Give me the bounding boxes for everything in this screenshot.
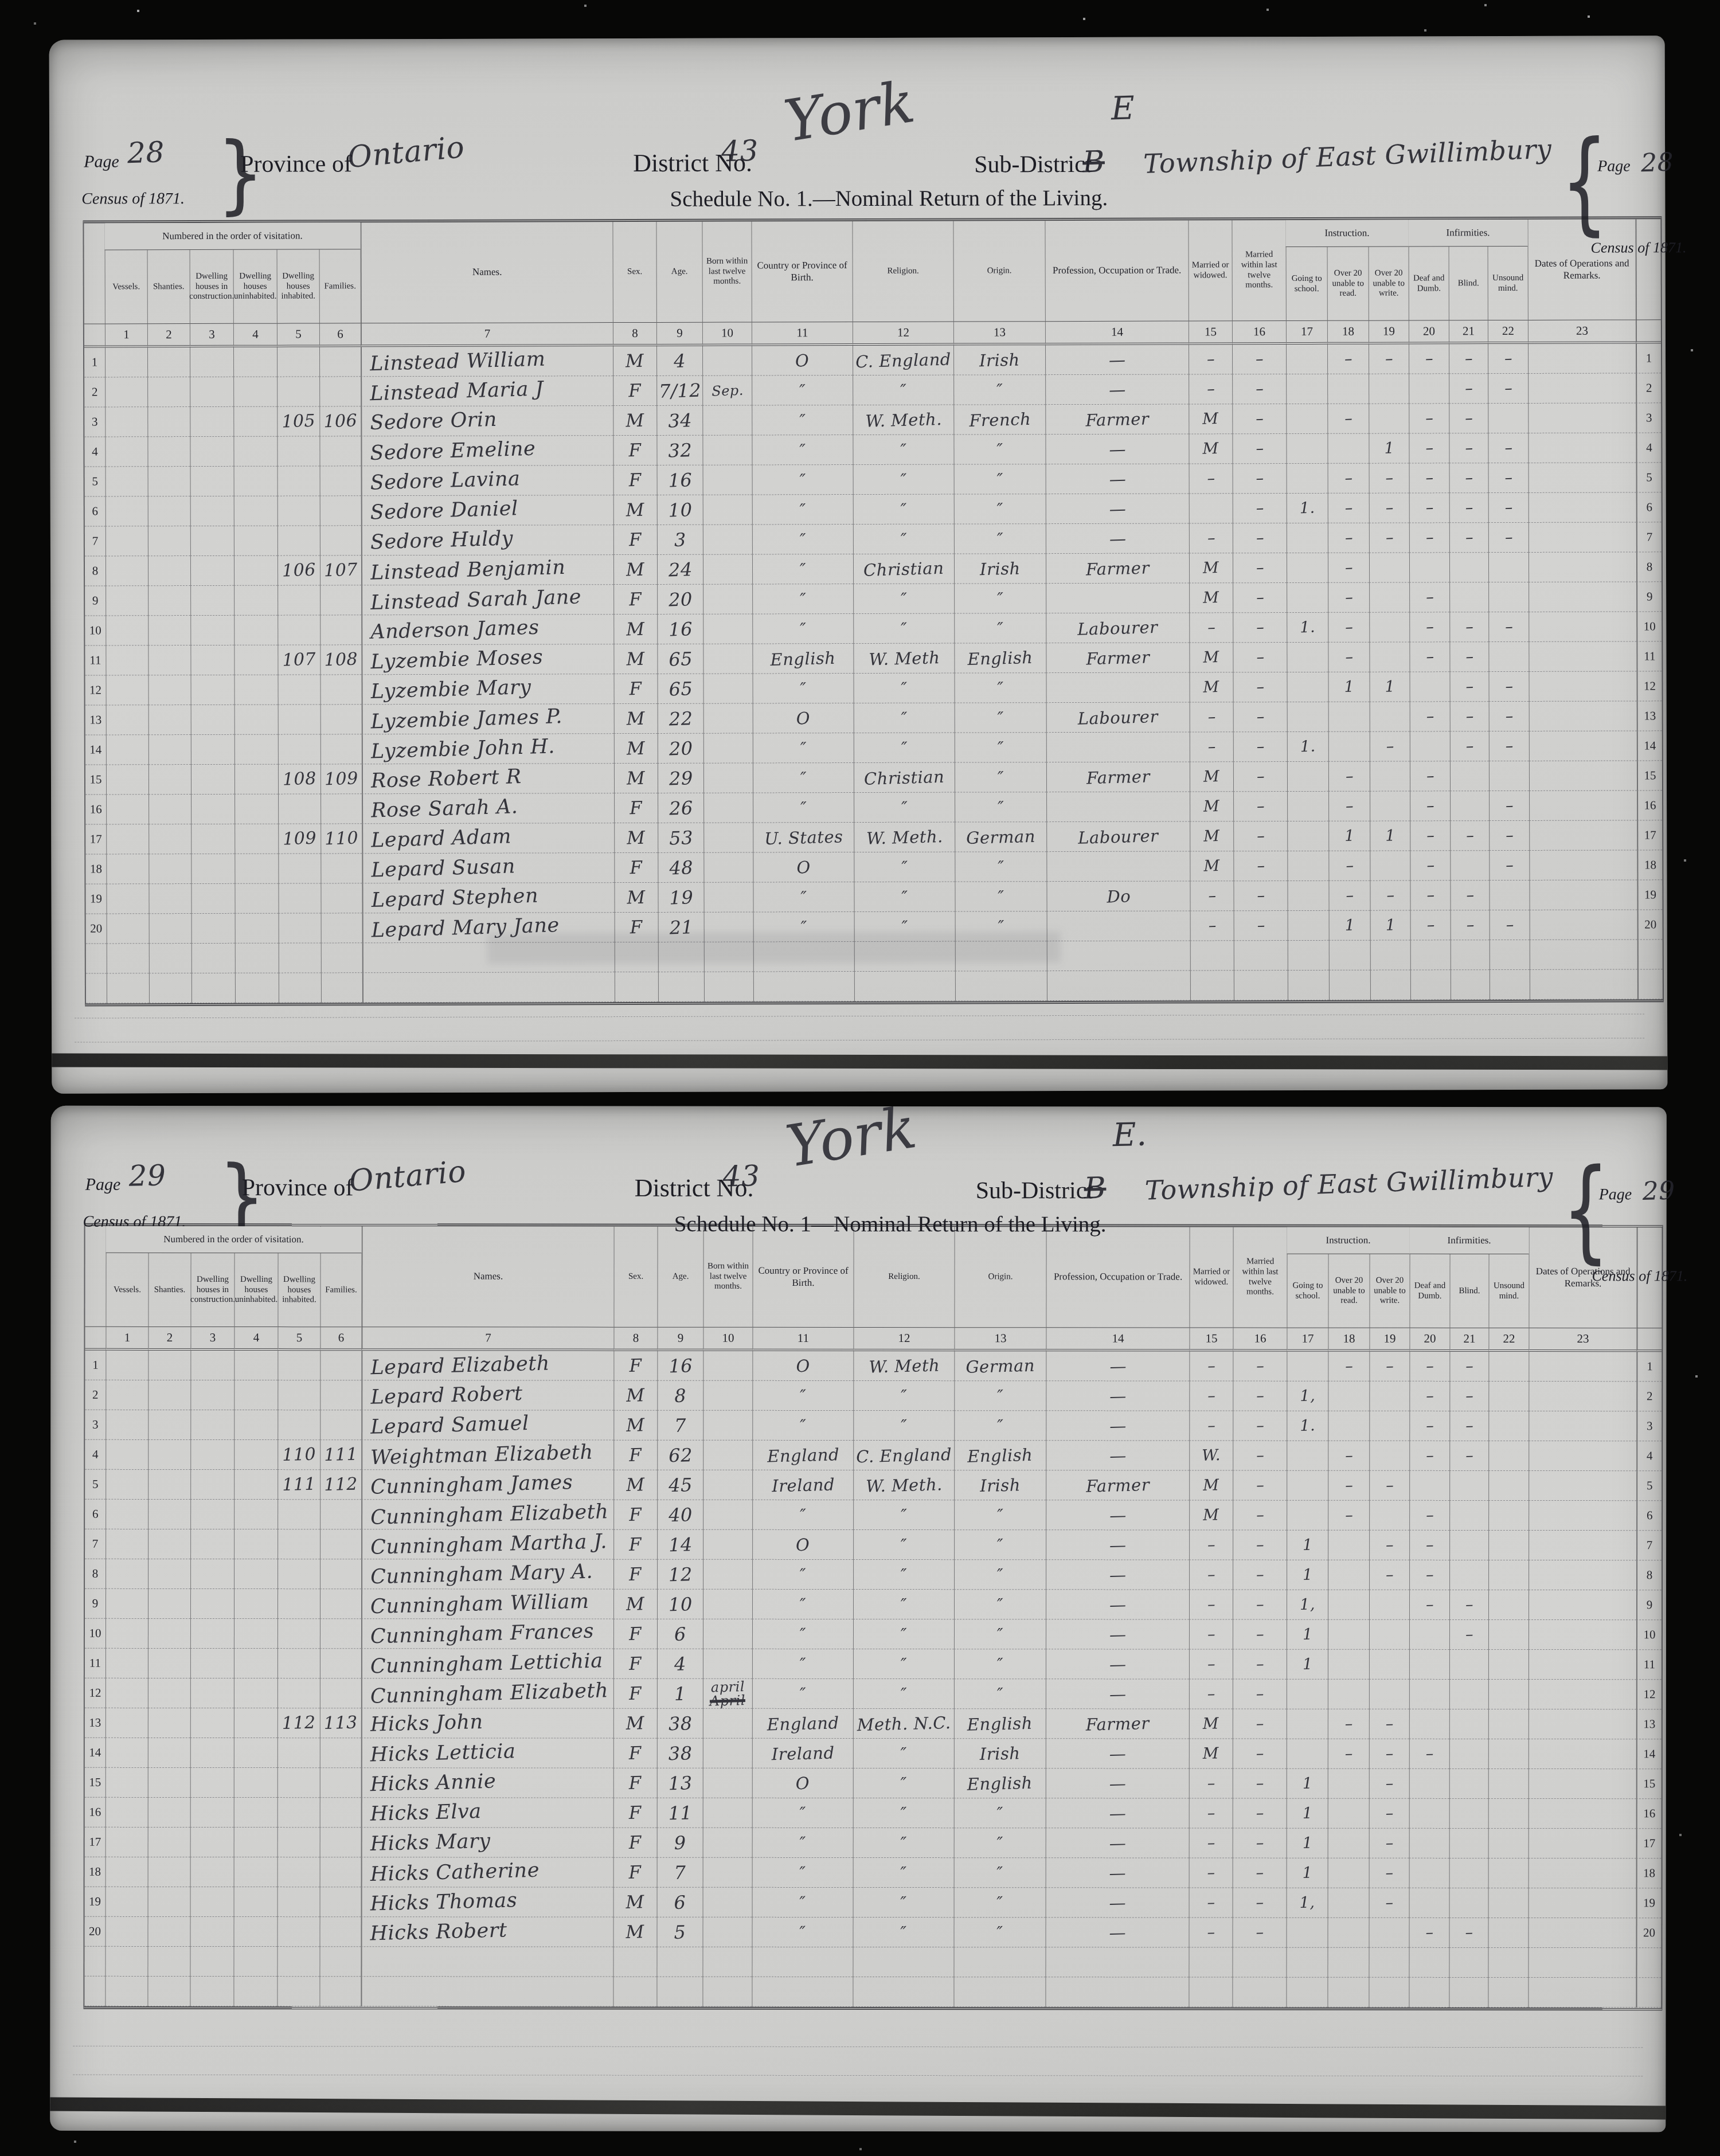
cell-c4 [234,1500,277,1529]
cell-c10 [702,435,752,465]
cell-c10 [703,1798,752,1828]
cell-c9: 20 [658,734,703,764]
cell-c9: 1 [657,1679,703,1709]
cell-c14: — [1046,1888,1189,1918]
cell-c23 [1529,731,1637,761]
cell-c6 [320,526,361,555]
row-number: 11 [85,1649,105,1678]
cell-c18: 1 [1328,821,1370,851]
cell-c14: Farmer [1046,762,1190,792]
cell-c17 [1287,553,1328,583]
cell-c18 [1329,941,1370,971]
cell-c14 [1047,971,1190,1001]
cell-c5: 106 [277,555,320,585]
cell-c11: ″ [752,1649,853,1679]
row-number: 18 [1636,1858,1662,1888]
cell-c22 [1488,1441,1529,1471]
cell-c18 [1329,971,1370,1000]
cell-c18: 1 [1328,672,1369,702]
cell-c2 [148,1440,190,1470]
cell-c3 [190,377,233,407]
cell-c5 [277,1768,320,1798]
cell-c14: Do [1046,881,1190,911]
cell-c15: – [1189,523,1233,553]
cell-c15: – [1189,1382,1233,1411]
cell-c6 [320,883,362,913]
cell-c12 [853,1977,953,2007]
cell-c16: – [1232,345,1286,374]
cell-c19: 1 [1370,910,1410,940]
row-number: 19 [1637,880,1662,910]
cell-c15: – [1189,1858,1233,1888]
cell-c18: – [1328,643,1369,672]
cell-c8: F [613,1530,657,1560]
cell-c16 [1232,1978,1286,2008]
cell-c16: – [1233,1471,1287,1501]
cell-c14: — [1046,1560,1189,1590]
cell-c7: Cunningham Lettichia [361,1649,613,1678]
cell-c17 [1287,1680,1328,1709]
cell-c18 [1327,1948,1369,1978]
row-number: 3 [1636,1411,1662,1441]
province-label: Province of [240,150,352,178]
cell-c8: F [613,1739,657,1768]
cell-c17 [1287,672,1328,702]
cell-c3 [191,884,234,914]
cell-c23 [1529,612,1636,641]
cell-c7: Lyzembie John H. [362,734,614,764]
column-header-c7: Names. [360,222,612,323]
cell-c23 [1529,1441,1636,1471]
cell-c12: ″ [853,465,954,495]
cell-c21 [1449,1560,1488,1590]
cell-c11 [752,1947,853,1977]
cell-c8: M [613,615,657,644]
cell-c10 [703,823,753,852]
district-number-handwritten: 43 [721,134,759,169]
cell-c7: Linstead William [361,346,613,377]
cell-c11: ″ [752,1679,853,1709]
cell-c2 [147,347,190,377]
row-number: 17 [85,824,106,854]
cell-c5 [277,1857,320,1887]
cell-c2 [148,586,190,616]
cell-c4 [234,1857,277,1887]
cell-c13: German [955,822,1046,852]
cell-c11: Ireland [752,1739,853,1768]
column-number-c23: 23 [1529,1328,1636,1352]
cell-c18: – [1328,1441,1369,1471]
row-number: 5 [85,1470,105,1500]
row-number: 3 [1636,403,1661,433]
cell-c2 [148,1678,190,1708]
cell-c10 [703,554,752,584]
cell-c23 [1529,701,1637,731]
cell-c20: – [1409,1352,1449,1382]
cell-c17: 1 [1287,1560,1328,1590]
cell-c8 [615,972,658,1002]
cell-c20 [1409,374,1449,404]
cell-c23 [1528,1948,1636,1978]
column-number-c20: 20 [1409,320,1449,344]
cell-c6 [319,436,361,466]
cell-c9: 26 [658,793,703,823]
cell-c16: – [1233,762,1287,792]
cell-c12: ″ [853,1649,954,1679]
cell-c12: ″ [853,674,954,703]
cell-c15: – [1189,345,1232,374]
row-number: 11 [1636,641,1662,671]
row-number: 9 [1636,582,1662,612]
cell-c5 [277,1649,320,1678]
cell-c7: Linstead Maria J [361,376,613,406]
cell-c1 [105,1947,147,1977]
cell-c5: 108 [278,764,320,794]
cell-c15: – [1189,1918,1232,1948]
cell-c20: – [1409,433,1449,463]
cell-c15: – [1189,1560,1233,1590]
cell-c19: – [1369,1471,1409,1501]
cell-c3 [191,735,234,765]
cell-c10 [703,1918,752,1947]
cell-c21: – [1449,672,1488,702]
column-number-c14: 14 [1045,320,1189,345]
cell-c8 [613,1947,656,1977]
cell-c2 [148,854,191,884]
cell-c23 [1530,940,1637,969]
cell-c22 [1488,1590,1529,1620]
cell-c18: – [1328,881,1370,911]
subdistrict-superscript-letter: E [1111,89,1135,127]
cell-c1 [105,1410,148,1440]
cell-c5 [277,1351,320,1380]
cell-c3 [190,1768,234,1798]
cell-c17 [1287,523,1328,553]
cell-c8: M [614,704,658,734]
cell-c3 [190,1649,234,1678]
cell-c12: ″ [853,1798,954,1828]
cell-c17 [1288,941,1329,971]
cell-c5 [277,1917,320,1947]
cell-c20: – [1410,761,1450,791]
cell-c18: – [1328,762,1370,792]
cell-c15: M [1189,1471,1233,1501]
row-number: 6 [1636,492,1662,522]
cell-c5 [277,1619,320,1649]
column-header-c12: Religion. [853,1227,954,1327]
column-header-c13: Origin. [953,221,1045,321]
column-number-c16: 16 [1232,320,1286,345]
cell-c6 [320,854,362,883]
cell-c16: – [1233,1769,1287,1799]
cell-c15: – [1189,1352,1233,1382]
cell-c4 [234,1380,277,1410]
cell-c12: ″ [853,435,953,465]
cell-c11: ″ [753,793,854,823]
cell-c4 [234,1351,277,1380]
cell-c3 [190,1887,234,1917]
cell-c17 [1287,1739,1328,1769]
column-number-c3: 3 [190,1327,234,1351]
cell-c23 [1529,850,1637,880]
cell-c15: – [1189,1411,1233,1441]
subdistrict-value-handwritten: Township of East Gwillimbury [1144,1161,1554,1206]
province-value-handwritten: Ontario [346,130,466,175]
cell-c16: – [1233,1858,1287,1888]
cell-c17: 1, [1287,1590,1328,1620]
cell-c23 [1529,463,1636,492]
cell-c3 [191,765,234,795]
cell-c6 [320,1380,361,1410]
scanned-census-document: { "document_type": "Census of Canada 187… [0,0,1720,2156]
column-number-c22: 22 [1488,1328,1529,1352]
cell-c12: W. Meth. [853,1470,954,1500]
row-number: 4 [85,1440,105,1470]
cell-c16: – [1233,1382,1287,1411]
cell-c2 [148,1708,190,1738]
cell-c15: – [1190,881,1233,911]
row-number: 15 [85,1768,105,1798]
cell-c7: Hicks Letticia [361,1738,613,1768]
cell-c4 [234,586,277,616]
cell-c5 [277,585,320,615]
row-number: 10 [85,616,105,645]
cell-c23 [1529,1590,1636,1620]
row-number [1636,1948,1661,1978]
cell-c14 [1046,851,1190,882]
cell-c3 [190,1828,234,1857]
cell-c18 [1328,1590,1369,1620]
cell-c20 [1410,731,1450,761]
cell-c14: Labourer [1046,613,1189,643]
cell-c22 [1488,1918,1528,1948]
cell-c20: – [1409,404,1449,433]
cell-c6 [320,1589,361,1619]
cell-c14 [1046,732,1190,762]
cell-c19 [1369,1650,1409,1680]
cell-c2 [148,1887,190,1917]
row-number [84,1977,105,2006]
cell-c13: English [954,643,1046,673]
cell-c5 [277,347,319,377]
cell-c18: – [1328,1471,1369,1501]
cell-c16: – [1233,1501,1287,1531]
row-number: 6 [1636,1501,1662,1531]
cell-c12: ″ [854,703,955,733]
column-number-c23: 23 [1528,319,1636,343]
cell-c10 [703,1441,752,1470]
corner-page-number: 28 [1640,148,1674,178]
cell-c8: F [614,853,658,883]
cell-c1 [105,1619,148,1649]
cell-c20: – [1410,821,1450,851]
cell-c15: W. [1189,1441,1233,1471]
cell-c19 [1370,761,1410,791]
column-header-c12: Religion. [852,221,953,322]
cell-c14: — [1046,1351,1189,1381]
census-page-28: Page 28 Census of 1871. } Province of On… [49,36,1668,1093]
row-number: 1 [84,347,105,377]
cell-c18 [1328,1560,1369,1590]
cell-c6: 107 [320,555,361,585]
cell-c18 [1327,434,1369,464]
cell-c19 [1369,642,1409,672]
cell-c16: – [1233,1709,1287,1739]
cell-c7: Lyzembie James P. [362,704,614,734]
cell-c19 [1369,1918,1409,1948]
cell-c17 [1286,345,1327,374]
column-number-c13: 13 [954,1327,1046,1351]
cell-c2 [148,1917,190,1947]
row-number: 1 [1636,343,1661,373]
page-label: Page [85,1175,121,1195]
cell-c4 [234,854,278,884]
cell-c20: – [1409,1918,1449,1948]
cell-c22 [1488,1560,1529,1590]
row-number: 18 [1637,850,1662,880]
cell-c5 [277,466,320,496]
cell-c5 [279,913,321,943]
cell-c21: – [1449,493,1488,523]
cell-c8: M [613,495,657,525]
cell-c7: Cunningham James [361,1470,613,1500]
row-number: 9 [85,1589,105,1619]
corner-page-number: 29 [1642,1176,1675,1206]
cell-c2 [147,1947,190,1977]
cell-c11: ″ [752,1590,853,1619]
cell-c23 [1529,1799,1636,1829]
row-number [1637,969,1663,999]
cell-c9: 65 [657,674,703,704]
cell-c7: Hicks Robert [361,1917,613,1947]
cell-c11: ″ [752,405,853,435]
cell-c21 [1449,1888,1488,1918]
cell-c23 [1529,880,1637,910]
cell-c15: M [1189,583,1233,613]
cell-c17: 1 [1287,1531,1328,1560]
cell-c12: ″ [853,1739,954,1768]
column-number-c11: 11 [752,322,853,346]
row-number: 3 [85,1410,105,1440]
cell-c2 [148,1768,190,1798]
cell-c16: – [1233,1829,1287,1858]
cell-c3 [190,1708,234,1738]
column-number-c21: 21 [1449,1328,1488,1352]
cell-c22 [1488,1680,1529,1709]
cell-c18 [1328,1650,1369,1680]
cell-c4 [234,556,277,586]
row-number: 20 [1637,910,1663,940]
cell-c19 [1369,1441,1409,1471]
province-label: Province of [242,1174,354,1202]
row-number: 16 [1636,1799,1662,1829]
cell-c15: M [1189,672,1233,702]
column-header-c8: Sex. [613,1227,657,1327]
cell-c10: Sep. [702,375,752,405]
cell-c19 [1369,1978,1409,2008]
cell-c20 [1409,1888,1449,1918]
cell-c8: F [613,1679,657,1709]
cell-c1 [106,705,148,735]
column-number-c12: 12 [853,322,953,346]
cell-c1 [105,347,147,377]
cell-c19 [1369,404,1409,433]
cell-c8: F [613,1441,657,1470]
cell-c4 [233,407,277,437]
cell-c14: — [1045,434,1189,464]
cell-c2 [148,1410,190,1440]
row-number: 5 [1636,1471,1662,1501]
cell-c9: 38 [657,1739,703,1768]
cell-c5 [277,1410,320,1440]
cell-c17 [1286,434,1327,464]
cell-c4 [234,705,278,735]
row-number: 13 [85,705,106,735]
cell-c5 [277,526,320,555]
column-number-c11: 11 [752,1327,853,1351]
cell-c15 [1189,1948,1232,1978]
cell-c18 [1328,1769,1369,1799]
ruled-line [73,2046,1643,2048]
cell-c13: ″ [953,375,1045,405]
cell-c8: M [613,1411,657,1441]
cell-c8: F [613,585,657,615]
cell-c4 [234,1470,277,1500]
cell-c2 [147,1977,190,2006]
cell-c15: – [1189,1799,1233,1829]
cell-c23 [1528,373,1636,403]
cell-c20 [1409,1680,1449,1709]
cell-c21: – [1449,1918,1488,1948]
district-name-handwritten: York [781,1094,921,1180]
cell-c8: F [613,1858,657,1888]
row-number: 18 [85,1857,105,1887]
cell-c17 [1287,702,1328,732]
cell-c21: – [1449,463,1488,493]
cell-c13: ″ [954,1530,1046,1560]
cell-c4 [234,795,278,824]
cell-c2 [148,1470,190,1500]
cell-c20: – [1409,1501,1449,1531]
cell-c4 [234,735,278,765]
cell-c3 [190,1917,234,1947]
cell-c8: M [613,1470,657,1500]
cell-c15: – [1190,911,1234,941]
row-number: 2 [85,1380,105,1410]
cell-c4 [234,1917,277,1947]
row-number: 14 [1636,1739,1662,1769]
cell-c13: ″ [954,1858,1046,1888]
cell-c22 [1488,582,1529,612]
row-number: 14 [85,1738,105,1768]
cell-c14: — [1045,1918,1189,1947]
cell-c3 [190,1470,234,1500]
cell-c3 [190,556,234,586]
page-28-header: Page 28 Census of 1871. } Province of On… [49,36,1666,234]
cell-c4 [233,1977,277,2006]
cell-c7: Lepard Susan [362,853,614,883]
cell-c17 [1287,1352,1328,1382]
subdistrict-struck-letter: B [1084,1171,1107,1206]
column-header-c9: Age. [657,1227,703,1327]
cell-c23 [1529,522,1636,552]
cell-c23 [1528,403,1636,433]
cell-c13: ″ [954,524,1046,554]
cell-c9: 16 [657,1351,703,1381]
cell-c19 [1369,374,1409,404]
row-number: 12 [1636,1680,1662,1709]
cell-c5 [277,615,320,645]
